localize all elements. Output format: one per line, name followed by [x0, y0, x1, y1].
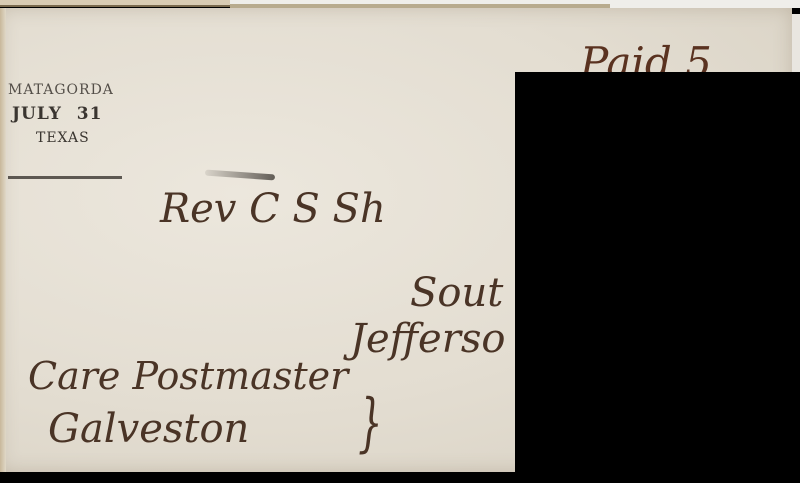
postmark: MATAGORDA JULY 31 TEXAS — [6, 82, 146, 146]
underlying-sheet — [0, 0, 230, 7]
postmark-underline — [8, 176, 122, 179]
addressee-name: Rev C S Sh — [160, 186, 386, 232]
care-of-line-1: Care Postmaster — [28, 354, 348, 398]
bottom-border — [0, 472, 800, 483]
care-of-line-2: Galveston — [48, 406, 249, 452]
postmark-city: MATAGORDA — [6, 82, 146, 98]
ink-smudge — [205, 170, 275, 181]
postmark-date: JULY 31 — [6, 104, 146, 124]
redaction-block — [515, 72, 800, 483]
brace-mark: } — [358, 386, 382, 460]
scene: MATAGORDA JULY 31 TEXAS Paid 5 Rev C S S… — [0, 0, 800, 483]
postmark-state: TEXAS — [6, 130, 146, 146]
address-line-3: Jefferso — [350, 316, 505, 362]
address-line-2: Sout — [410, 270, 503, 316]
